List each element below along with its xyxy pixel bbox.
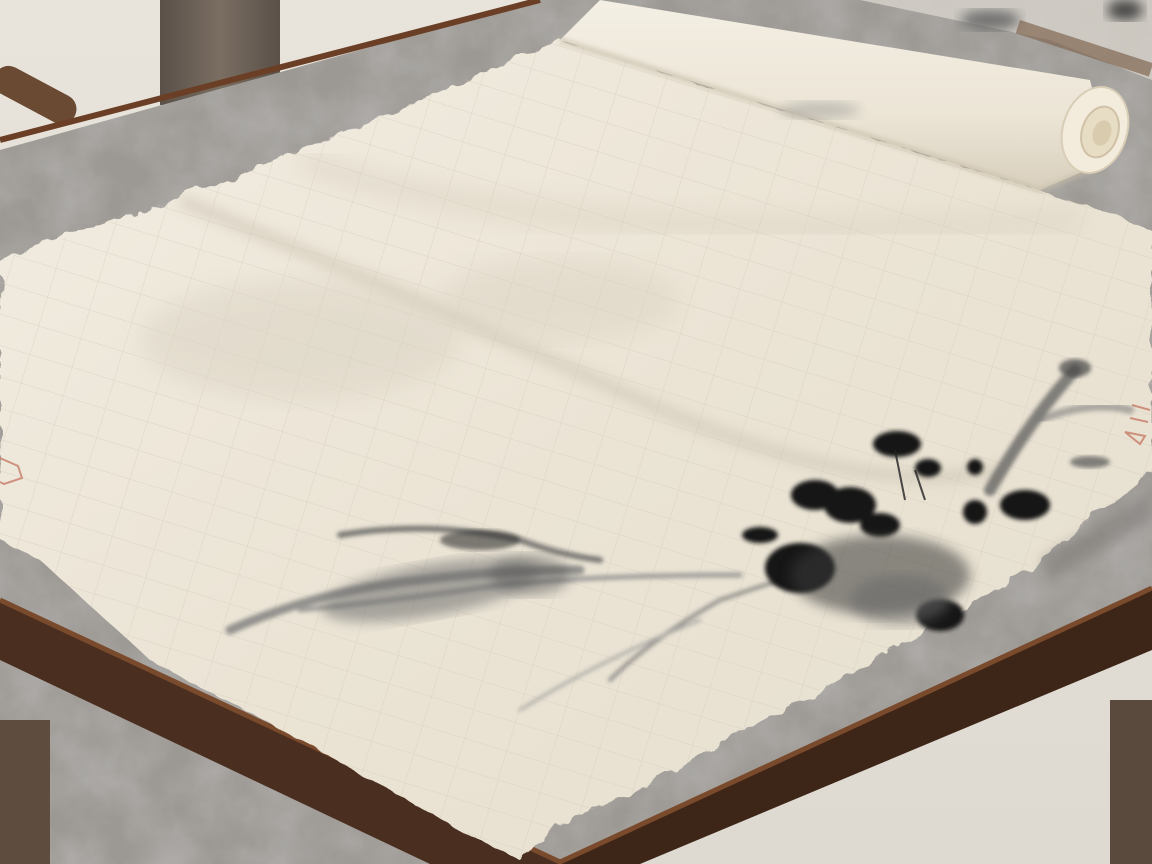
scene-illustration — [0, 0, 1152, 864]
photo-scene — [0, 0, 1152, 864]
